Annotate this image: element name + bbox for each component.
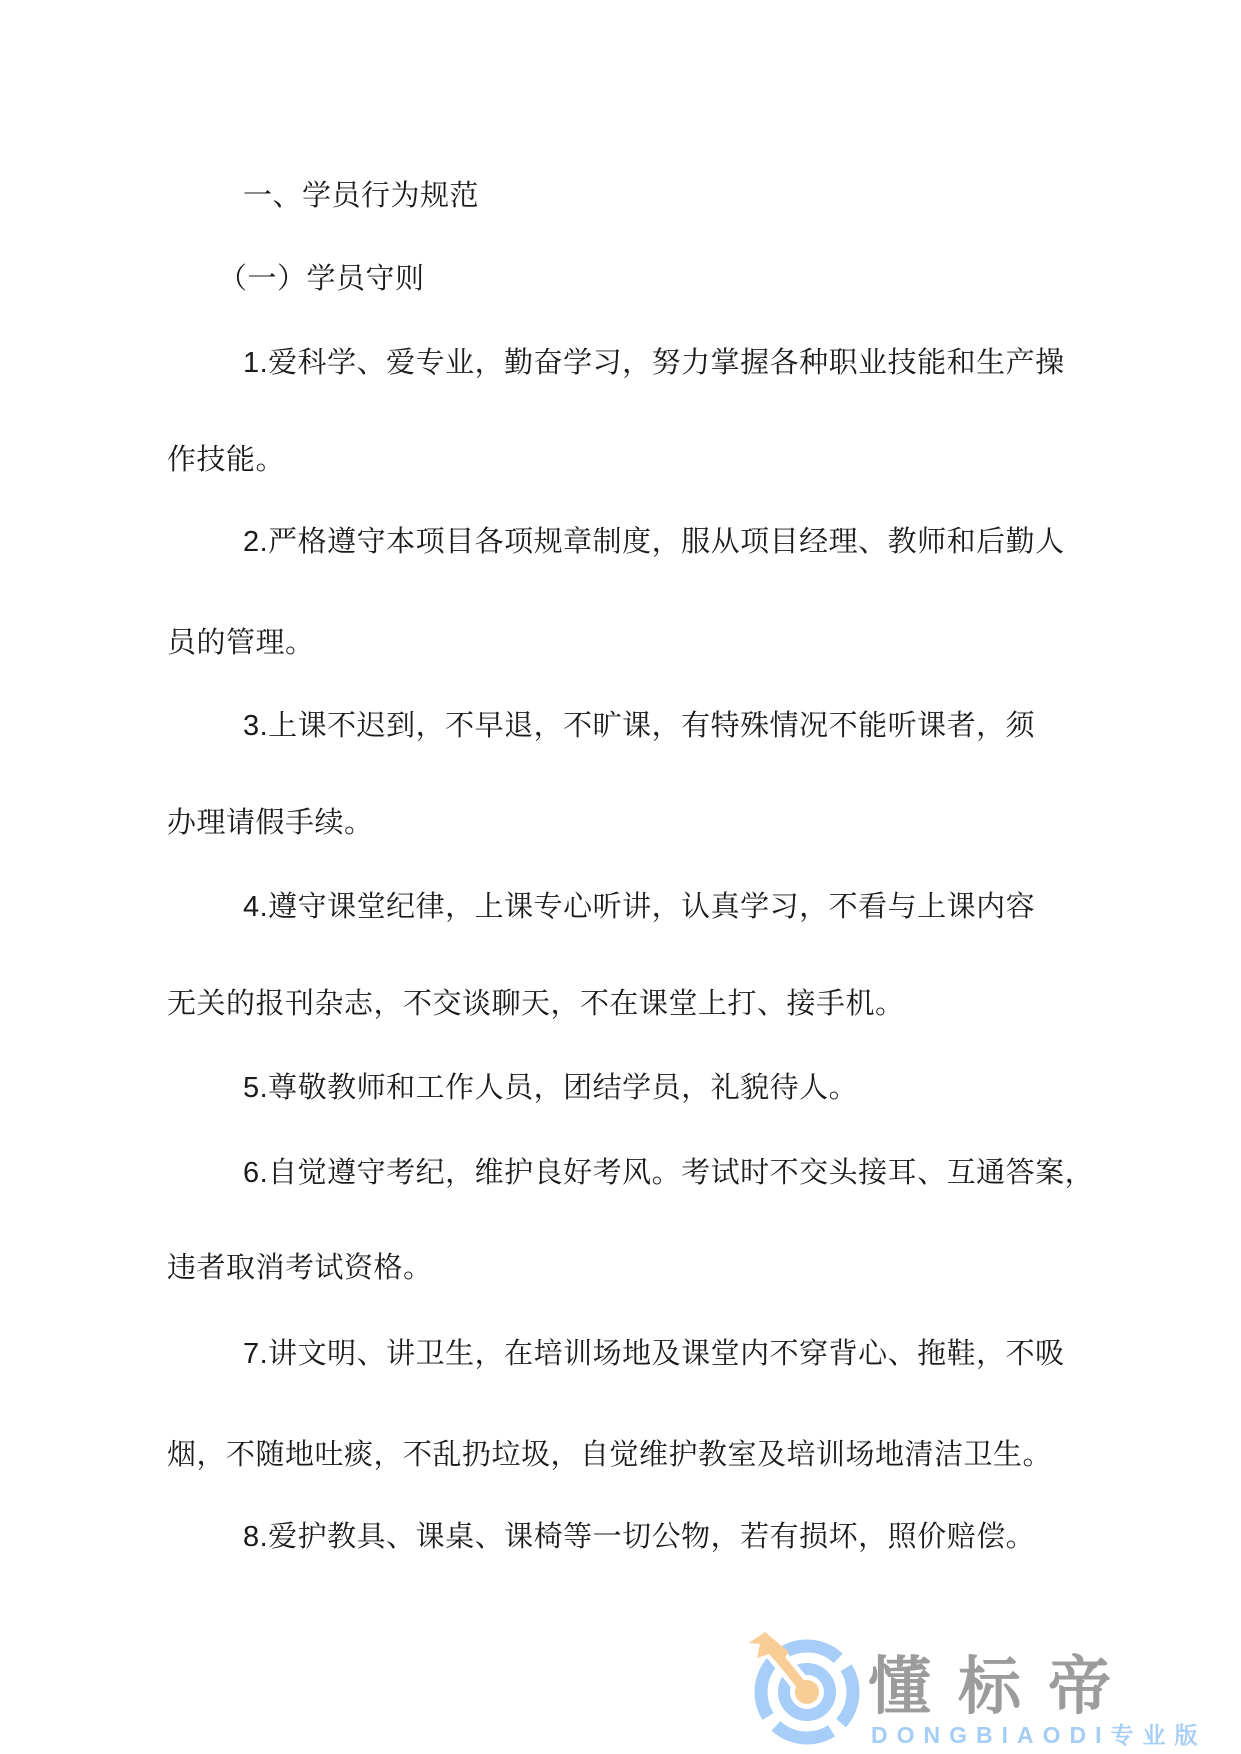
- bullseye-dart-icon: [745, 1630, 865, 1752]
- rule-5-line-1: 5.尊敬教师和工作人员，团结学员，礼貌待人。: [243, 1072, 858, 1104]
- watermark-logo: 懂标帝 DONGBIAODI专业版: [740, 1628, 1240, 1754]
- rule-8-line-1: 8.爱护教具、课桌、课椅等一切公物，若有损坏，照价赔偿。: [243, 1521, 1035, 1553]
- rule-3-line-1: 3.上课不迟到，不早退，不旷课，有特殊情况不能听课者，须: [243, 710, 1035, 742]
- doc-heading: 一、学员行为规范: [243, 180, 479, 212]
- rule-7-line-2: 烟，不随地吐痰，不乱扔垃圾，自觉维护教室及培训场地清洁卫生。: [167, 1439, 1052, 1471]
- document-page: 一、学员行为规范 （一）学员守则 1.爱科学、爱专业，勤奋学习，努力掌握各种职业…: [0, 0, 1241, 1754]
- doc-subheading: （一）学员守则: [218, 263, 425, 295]
- rule-4-line-1: 4.遵守课堂纪律，上课专心听讲，认真学习，不看与上课内容: [243, 891, 1035, 923]
- rule-2-line-2: 员的管理。: [167, 627, 315, 659]
- rule-1-line-1: 1.爱科学、爱专业，勤奋学习，努力掌握各种职业技能和生产操: [243, 347, 1065, 379]
- watermark-edition: 专业版: [1111, 1722, 1207, 1748]
- rule-7-line-1: 7.讲文明、讲卫生，在培训场地及课堂内不穿背心、拖鞋，不吸: [243, 1338, 1065, 1370]
- rule-2-line-1: 2.严格遵守本项目各项规章制度，服从项目经理、教师和后勤人: [243, 526, 1065, 558]
- rule-1-line-2: 作技能。: [167, 444, 285, 476]
- rule-3-line-2: 办理请假手续。: [167, 807, 374, 839]
- watermark-brand-en: DONGBIAODI: [871, 1722, 1111, 1748]
- rule-4-line-2: 无关的报刊杂志，不交谈聊天，不在课堂上打、接手机。: [167, 988, 905, 1020]
- rule-6-line-2: 违者取消考试资格。: [167, 1252, 433, 1284]
- rule-6-line-1: 6.自觉遵守考纪，维护良好考风。考试时不交头接耳、互通答案，: [243, 1157, 1094, 1189]
- watermark-brand-en-row: DONGBIAODI专业版: [871, 1722, 1207, 1748]
- watermark-brand-cn: 懂标帝: [868, 1654, 1138, 1720]
